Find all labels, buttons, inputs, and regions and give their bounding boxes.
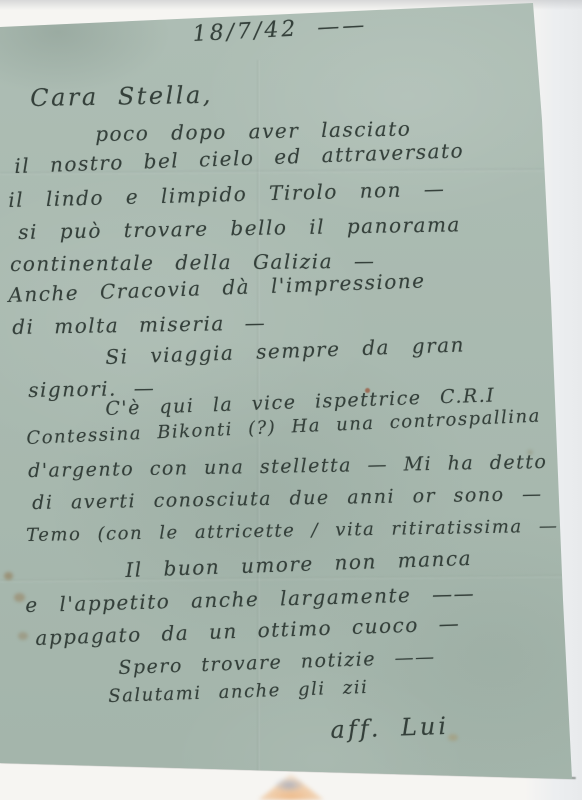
foxing-stain <box>4 572 13 580</box>
letter-salutation: Cara Stella, <box>30 81 213 112</box>
foxing-stain <box>14 593 25 602</box>
letter-signature: aff. Lui <box>330 712 449 744</box>
letter-line: di averti conosciuta due anni or sono — <box>32 483 543 514</box>
letter-line: Si viaggia sempre da gran <box>105 332 465 369</box>
stamp-peek-blue-shape <box>274 778 304 792</box>
letter-line: si può trovare bello il panorama <box>18 212 461 244</box>
stamp-peek <box>242 770 342 800</box>
letter-line: il lindo e limpido Tirolo non — <box>8 177 446 212</box>
letter-line: Spero trovare notizie —— <box>118 646 436 679</box>
letter-line: d'argento con una stelletta — Mi ha dett… <box>28 451 548 482</box>
letter-date: 18/7/42 —— <box>192 13 368 47</box>
letter-line: appagato da un ottimo cuoco — <box>35 611 461 650</box>
scanned-letter-page: { "colors": { "paper": "#a9bab0", "ink":… <box>0 0 582 800</box>
letter-line: di molta miseria — <box>12 311 266 339</box>
letter-line: Salutami anche gli zii <box>108 677 369 707</box>
foxing-stain <box>18 632 28 640</box>
letter-line: e l'appetito anche largamente —— <box>25 581 475 617</box>
letter-line: Temo (con le attricette / vita ritiratis… <box>26 516 559 546</box>
letter-paper: 18/7/42 —— Cara Stella, poco dopo aver l… <box>0 0 582 800</box>
